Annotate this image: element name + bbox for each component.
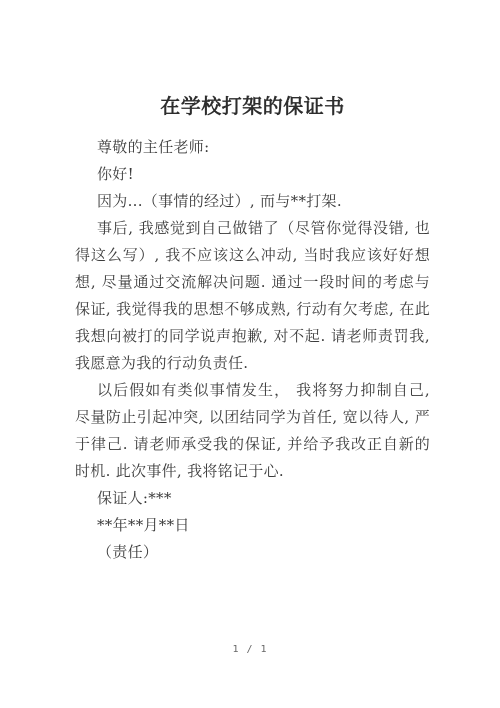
document-title: 在学校打架的保证书: [75, 92, 430, 120]
paragraph-reason: 因为...（事情的经过）, 而与**打架.: [75, 188, 430, 215]
document-page: 在学校打架的保证书 尊敬的主任老师: 你好! 因为...（事情的经过）, 而与*…: [0, 0, 500, 708]
document-content: 在学校打架的保证书 尊敬的主任老师: 你好! 因为...（事情的经过）, 而与*…: [0, 0, 500, 566]
salutation-line: 尊敬的主任老师:: [75, 134, 430, 161]
signer-line: 保证人:***: [75, 485, 430, 512]
note-line: （责任）: [75, 539, 430, 566]
paragraph-promise: 以后假如有类似事情发生， 我将努力抑制自己, 尽量防止引起冲突, 以团结同学为首…: [75, 377, 430, 485]
paragraph-reflection: 事后, 我感觉到自己做错了（尽管你觉得没错, 也得这么写）, 我不应该这么冲动,…: [75, 215, 430, 377]
date-line: **年**月**日: [75, 512, 430, 539]
page-indicator: 1 / 1: [0, 644, 500, 655]
greeting-line: 你好!: [75, 161, 430, 188]
document-body: 尊敬的主任老师: 你好! 因为...（事情的经过）, 而与**打架. 事后, 我…: [75, 134, 430, 566]
